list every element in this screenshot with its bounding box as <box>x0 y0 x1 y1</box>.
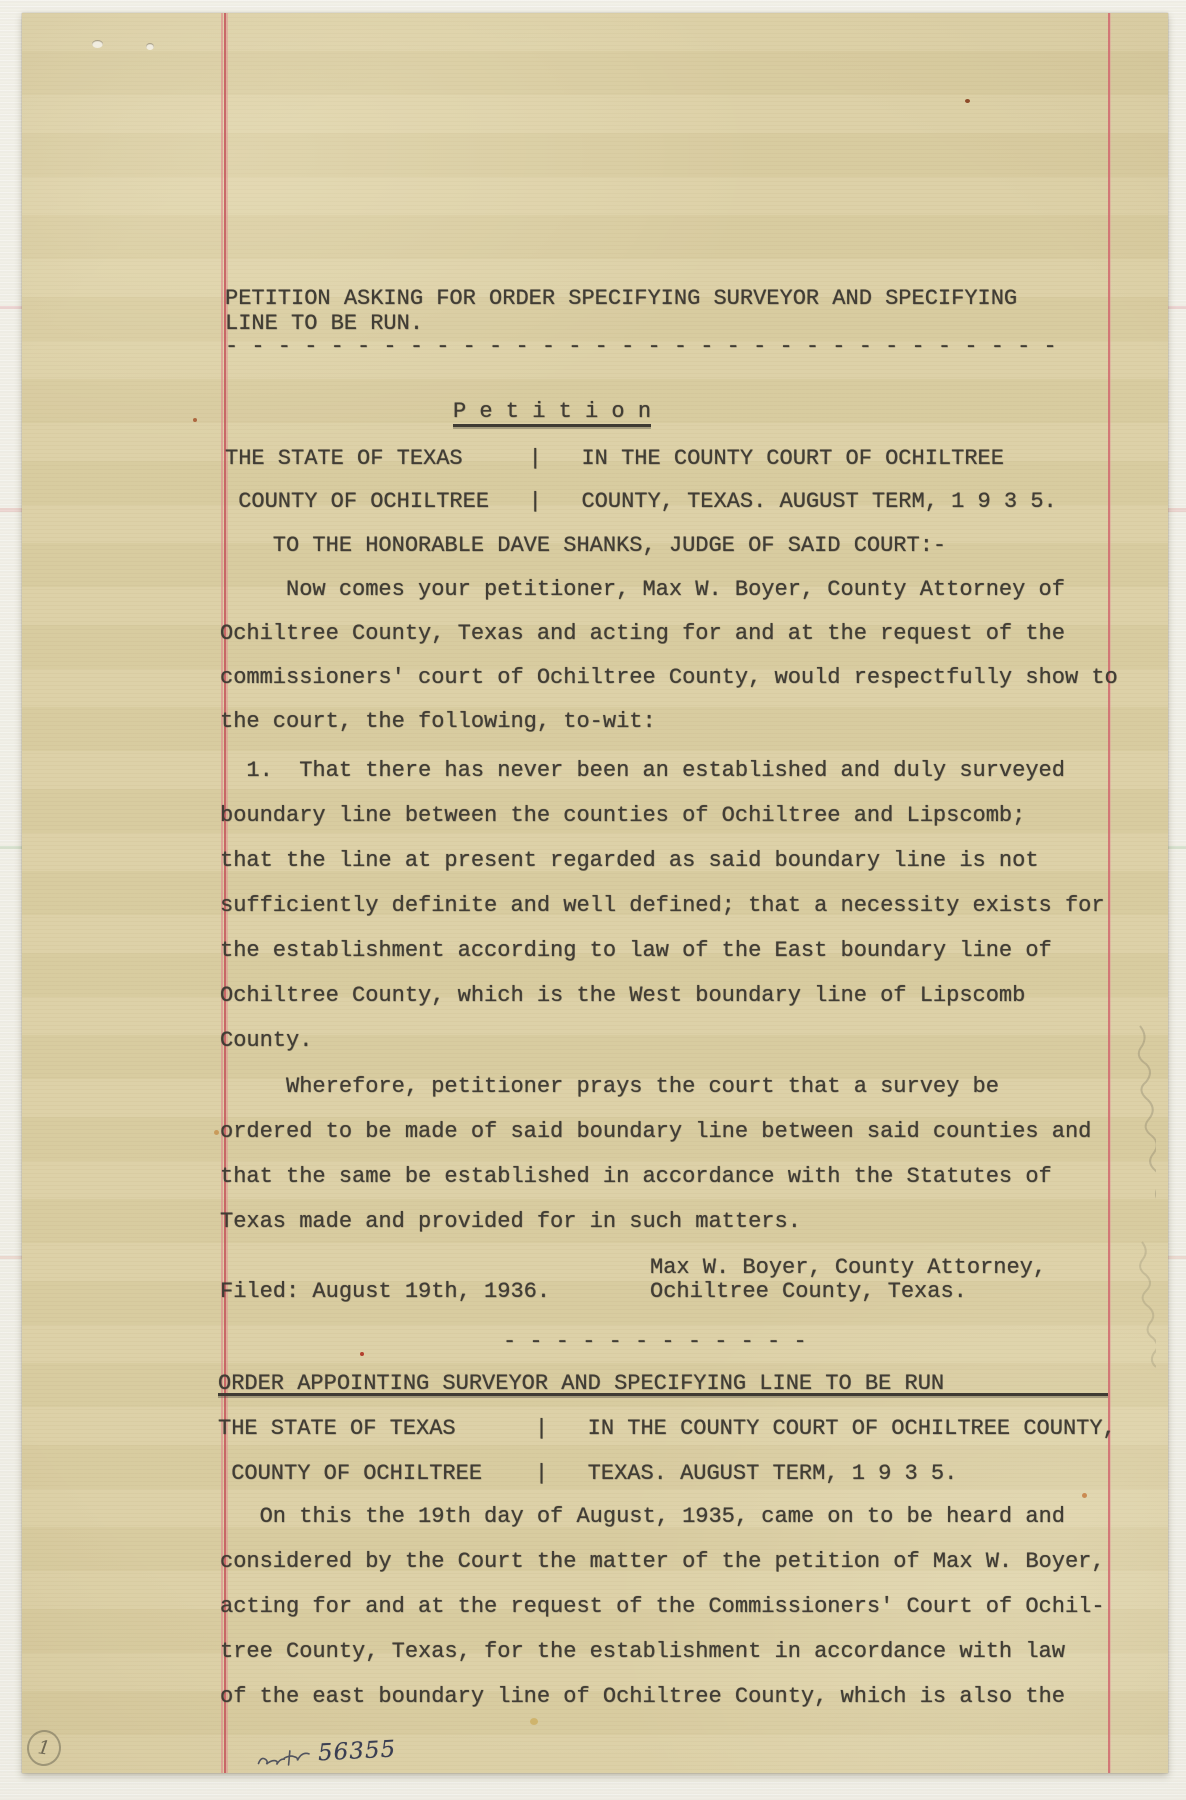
order-body-line: tree County, Texas, for the establishmen… <box>220 1639 1065 1664</box>
petition-body-line: County. <box>220 1028 312 1053</box>
dashed-rule: - - - - - - - - - - - - - - - - - - - - … <box>225 334 1057 359</box>
paper-speck <box>530 1718 538 1725</box>
handwritten-number: 56355 <box>317 1736 396 1766</box>
paper-hole <box>92 40 103 48</box>
handwritten-scribble <box>256 1745 315 1770</box>
order-body-line: On this the 19th day of August, 1935, ca… <box>220 1504 1065 1529</box>
petition-body-line: boundary line between the counties of Oc… <box>220 803 1025 828</box>
petition-section-title: P e t i t i o n <box>453 399 651 424</box>
order-caption-line2: COUNTY OF OCHILTREE | TEXAS. AUGUST TERM… <box>218 1461 957 1486</box>
order-title-underline <box>218 1393 1108 1396</box>
document-title-line1: PETITION ASKING FOR ORDER SPECIFYING SUR… <box>225 286 1017 311</box>
paper-hole <box>146 43 154 50</box>
petition-body-line: Ochiltree County, which is the West boun… <box>220 983 1025 1008</box>
petition-body-line: the court, the following, to-wit: <box>220 709 656 734</box>
petition-salutation: TO THE HONORABLE DAVE SHANKS, JUDGE OF S… <box>220 533 946 558</box>
margin-pencil-note <box>1130 1238 1156 1388</box>
paper-speck <box>214 1130 219 1135</box>
filed-date: Filed: August 19th, 1936. <box>220 1279 550 1304</box>
order-body-line: of the east boundary line of Ochiltree C… <box>220 1684 1065 1709</box>
petition-body-line: Wherefore, petitioner prays the court th… <box>220 1074 999 1099</box>
margin-pencil-note <box>1126 1020 1156 1220</box>
petition-body-line: Now comes your petitioner, Max W. Boyer,… <box>220 577 1065 602</box>
petition-body-line: commissioners' court of Ochiltree County… <box>220 665 1118 690</box>
paper-speck <box>193 418 197 422</box>
paper-speck <box>1082 1493 1087 1498</box>
order-body-line: considered by the Court the matter of th… <box>220 1549 1105 1574</box>
petition-caption-line2: COUNTY OF OCHILTREE | COUNTY, TEXAS. AUG… <box>225 489 1057 514</box>
petition-body-line: Texas made and provided for in such matt… <box>220 1209 801 1234</box>
petition-body-line: Ochiltree County, Texas and acting for a… <box>220 621 1065 646</box>
page-number-text: 1 <box>36 1736 51 1759</box>
signature-line1: Max W. Boyer, County Attorney, <box>650 1255 1046 1280</box>
petition-caption-line1: THE STATE OF TEXAS | IN THE COUNTY COURT… <box>225 446 1004 471</box>
petition-body-line: the establishment according to law of th… <box>220 938 1052 963</box>
right-margin-rule <box>1108 13 1111 1773</box>
order-caption-line1: THE STATE OF TEXAS | IN THE COUNTY COURT… <box>218 1416 1116 1441</box>
document-title-line2: LINE TO BE RUN. <box>225 311 423 336</box>
paper-speck <box>965 99 970 103</box>
petition-body-line: sufficiently definite and well defined; … <box>220 893 1105 918</box>
paper-speck <box>360 1352 364 1356</box>
signature-line2: Ochiltree County, Texas. <box>650 1279 967 1304</box>
petition-body-line: that the same be established in accordan… <box>220 1164 1052 1189</box>
scanned-document: { "scan": { "page_number": "1", "handwri… <box>0 0 1186 1800</box>
petition-title-underline <box>453 424 651 427</box>
petition-body-line: that the line at present regarded as sai… <box>220 848 1039 873</box>
petition-body-line: 1. That there has never been an establis… <box>220 758 1065 783</box>
dashed-separator: - - - - - - - - - - - - <box>503 1329 807 1354</box>
order-body-line: acting for and at the request of the Com… <box>220 1594 1105 1619</box>
petition-body-line: ordered to be made of said boundary line… <box>220 1119 1091 1144</box>
